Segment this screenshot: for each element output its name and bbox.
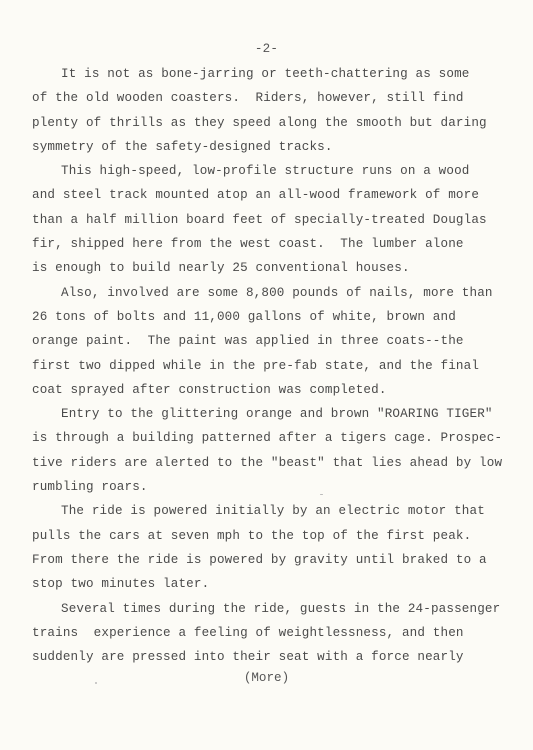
text-line: suddenly are pressed into their seat wit…: [32, 645, 512, 669]
text-line: 26 tons of bolts and 11,000 gallons of w…: [32, 305, 512, 329]
text-line: From there the ride is powered by gravit…: [32, 548, 512, 572]
text-line: is through a building patterned after a …: [32, 426, 512, 450]
text-line: and steel track mounted atop an all-wood…: [32, 183, 512, 207]
paragraph: This high-speed, low-profile structure r…: [32, 159, 512, 280]
text-line: coat sprayed after construction was comp…: [32, 378, 512, 402]
paragraph: It is not as bone-jarring or teeth-chatt…: [32, 62, 512, 159]
text-line: It is not as bone-jarring or teeth-chatt…: [32, 62, 512, 86]
text-line: first two dipped while in the pre-fab st…: [32, 354, 512, 378]
paper-speck: [320, 494, 323, 495]
text-line: rumbling roars.: [32, 475, 512, 499]
continuation-marker: (More): [0, 671, 533, 685]
text-line: orange paint. The paint was applied in t…: [32, 329, 512, 353]
text-line: pulls the cars at seven mph to the top o…: [32, 524, 512, 548]
text-line: Entry to the glittering orange and brown…: [32, 402, 512, 426]
page-number: -2-: [0, 42, 533, 56]
text-line: is enough to build nearly 25 conventiona…: [32, 256, 512, 280]
text-line: The ride is powered initially by an elec…: [32, 499, 512, 523]
body-text: It is not as bone-jarring or teeth-chatt…: [32, 62, 512, 669]
text-line: symmetry of the safety-designed tracks.: [32, 135, 512, 159]
paragraph: The ride is powered initially by an elec…: [32, 499, 512, 596]
text-line: trains experience a feeling of weightles…: [32, 621, 512, 645]
text-line: of the old wooden coasters. Riders, howe…: [32, 86, 512, 110]
paragraph: Several times during the ride, guests in…: [32, 597, 512, 670]
text-line: plenty of thrills as they speed along th…: [32, 111, 512, 135]
text-line: tive riders are alerted to the "beast" t…: [32, 451, 512, 475]
text-line: Several times during the ride, guests in…: [32, 597, 512, 621]
paragraph: Also, involved are some 8,800 pounds of …: [32, 281, 512, 402]
text-line: Also, involved are some 8,800 pounds of …: [32, 281, 512, 305]
document-page: -2- It is not as bone-jarring or teeth-c…: [0, 0, 533, 750]
paragraph: Entry to the glittering orange and brown…: [32, 402, 512, 499]
text-line: stop two minutes later.: [32, 572, 512, 596]
text-line: This high-speed, low-profile structure r…: [32, 159, 512, 183]
text-line: than a half million board feet of specia…: [32, 208, 512, 232]
text-line: fir, shipped here from the west coast. T…: [32, 232, 512, 256]
